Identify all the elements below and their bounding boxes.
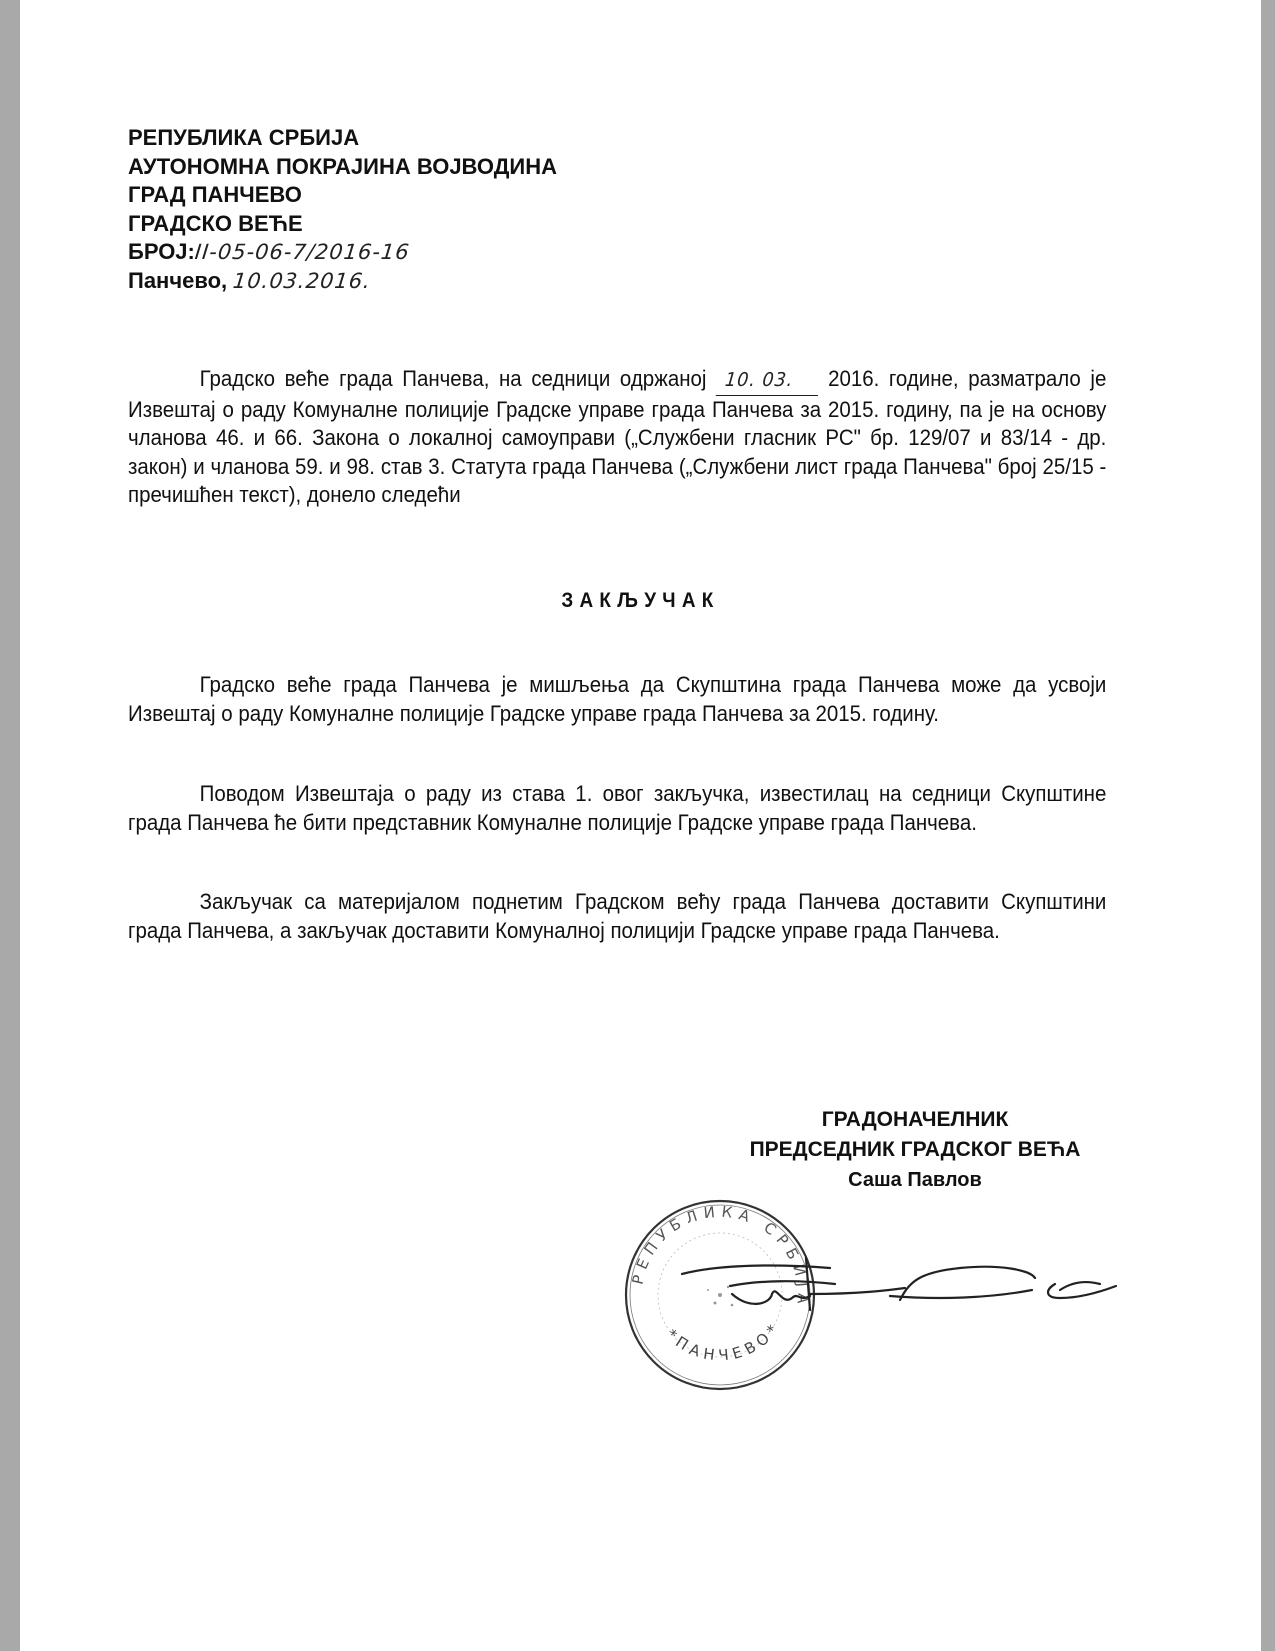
paragraph-conclusion-2: Поводом Извештаја о раду из става 1. ово… bbox=[128, 780, 1106, 837]
signature-block: ГРАДОНАЧЕЛНИК ПРЕДСЕДНИК ГРАДСКОГ ВЕЋА С… bbox=[710, 1105, 1120, 1195]
header-line-city: ГРАД ПАНЧЕВО bbox=[128, 181, 557, 210]
place-label: Панчево, bbox=[128, 268, 227, 293]
conclusion-2-text: Поводом Извештаја о раду из става 1. ово… bbox=[128, 781, 1106, 835]
signatory-name: Саша Павлов bbox=[710, 1165, 1120, 1195]
scan-edge-right bbox=[1261, 0, 1275, 1651]
document-header: РЕПУБЛИКА СРБИЈА АУТОНОМНА ПОКРАЈИНА ВОЈ… bbox=[128, 124, 557, 295]
document-page: РЕПУБЛИКА СРБИЈА АУТОНОМНА ПОКРАЈИНА ВОЈ… bbox=[20, 0, 1261, 1651]
number-handwritten: II-05-06-7/2016-16 bbox=[193, 238, 411, 267]
conclusion-1-text: Градско веће града Панчева је мишљења да… bbox=[128, 672, 1106, 726]
session-date-handwritten: 10. 03. bbox=[724, 366, 795, 395]
number-label: БРОЈ: bbox=[128, 239, 195, 264]
paragraph-conclusion-1: Градско веће града Панчева је мишљења да… bbox=[128, 671, 1106, 728]
handwritten-signature-icon bbox=[660, 1250, 1120, 1320]
signatory-title-president: ПРЕДСЕДНИК ГРАДСКОГ ВЕЋА bbox=[710, 1135, 1120, 1165]
header-line-number: БРОЈ:II-05-06-7/2016-16 bbox=[128, 238, 557, 267]
paragraph-preamble: Градско веће града Панчева, на седници о… bbox=[128, 365, 1106, 510]
session-date-field: 10. 03. bbox=[716, 365, 818, 396]
signatory-title-mayor: ГРАДОНАЧЕЛНИК bbox=[710, 1105, 1120, 1135]
header-line-council: ГРАДСКО ВЕЋЕ bbox=[128, 210, 557, 239]
date-handwritten: 10.03.2016. bbox=[232, 267, 373, 296]
scan-edge-left bbox=[0, 0, 20, 1651]
header-line-republic: РЕПУБЛИКА СРБИЈА bbox=[128, 124, 557, 153]
conclusion-3-text: Закључак са материјалом поднетим Градско… bbox=[128, 889, 1106, 943]
document-title: ЗАКЉУЧАК bbox=[82, 589, 1199, 613]
preamble-text-start: Градско веће града Панчева, на седници о… bbox=[200, 366, 707, 391]
paragraph-conclusion-3: Закључак са материјалом поднетим Градско… bbox=[128, 888, 1106, 945]
header-line-province: АУТОНОМНА ПОКРАЈИНА ВОЈВОДИНА bbox=[128, 153, 557, 182]
svg-text:*ПАНЧЕВО*: *ПАНЧЕВО* bbox=[663, 1318, 785, 1365]
header-line-date: Панчево, 10.03.2016. bbox=[128, 267, 557, 296]
